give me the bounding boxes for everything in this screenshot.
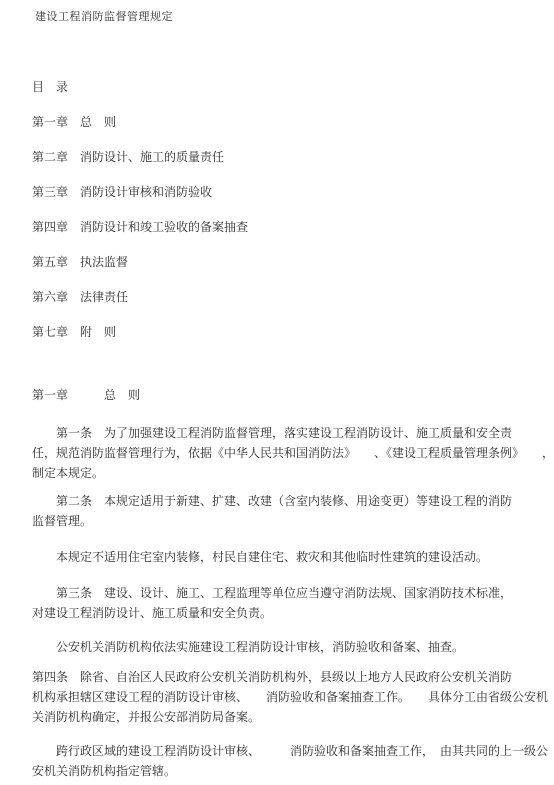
paragraph-article-1: 第一条 为了加强建设工程消防监督管理，落实建设工程消防设计、施工质量和安全责 任… <box>32 423 538 483</box>
paragraph-article-3: 第三条 建设、设计、施工、工程监理等单位应当遵守消防法规、国家消防技术标准， 对… <box>32 583 538 623</box>
paragraph-article-2-scope-note: 本规定不适用住宅室内装修，村民自建住宅、救灾和其他临时性建筑的建设活动。 <box>32 547 538 567</box>
document-title: 建设工程消防监督管理规定 <box>35 10 538 24</box>
paragraph-article-4: 第四条 除省、自治区人民政府公安机关消防机构外，县级以上地方人民政府公安机关消防… <box>32 667 538 727</box>
paragraph-article-4-cross-region: 跨行政区域的建设工程消防设计审核、 消防验收和备案抽查工作， 由其共同的上一级公… <box>32 741 538 781</box>
toc-section: 目 录 第一章 总 则 第二章 消防设计、施工的质量责任 第三章 消防设计审核和… <box>32 80 538 340</box>
toc-item-chapter-3: 第三章 消防设计审核和消防验收 <box>32 185 538 200</box>
toc-item-chapter-7: 第七章 附 则 <box>32 325 538 340</box>
paragraph-article-2: 第二条 本规定适用于新建、扩建、改建（含室内装修、用途变更）等建设工程的消防 监… <box>32 491 538 531</box>
toc-item-chapter-4: 第四章 消防设计和竣工验收的备案抽查 <box>32 220 538 235</box>
document-page: 建设工程消防监督管理规定 目 录 第一章 总 则 第二章 消防设计、施工的质量责… <box>0 0 554 785</box>
paragraph-article-3-authority-note: 公安机关消防机构依法实施建设工程消防设计审核，消防验收和备案、抽查。 <box>32 637 538 657</box>
chapter-1-heading: 第一章 总 则 <box>32 388 538 403</box>
toc-item-chapter-6: 第六章 法律责任 <box>32 290 538 305</box>
toc-item-chapter-5: 第五章 执法监督 <box>32 255 538 270</box>
toc-item-chapter-1: 第一章 总 则 <box>32 115 538 130</box>
toc-item-chapter-2: 第二章 消防设计、施工的质量责任 <box>32 150 538 165</box>
toc-heading: 目 录 <box>32 80 538 95</box>
